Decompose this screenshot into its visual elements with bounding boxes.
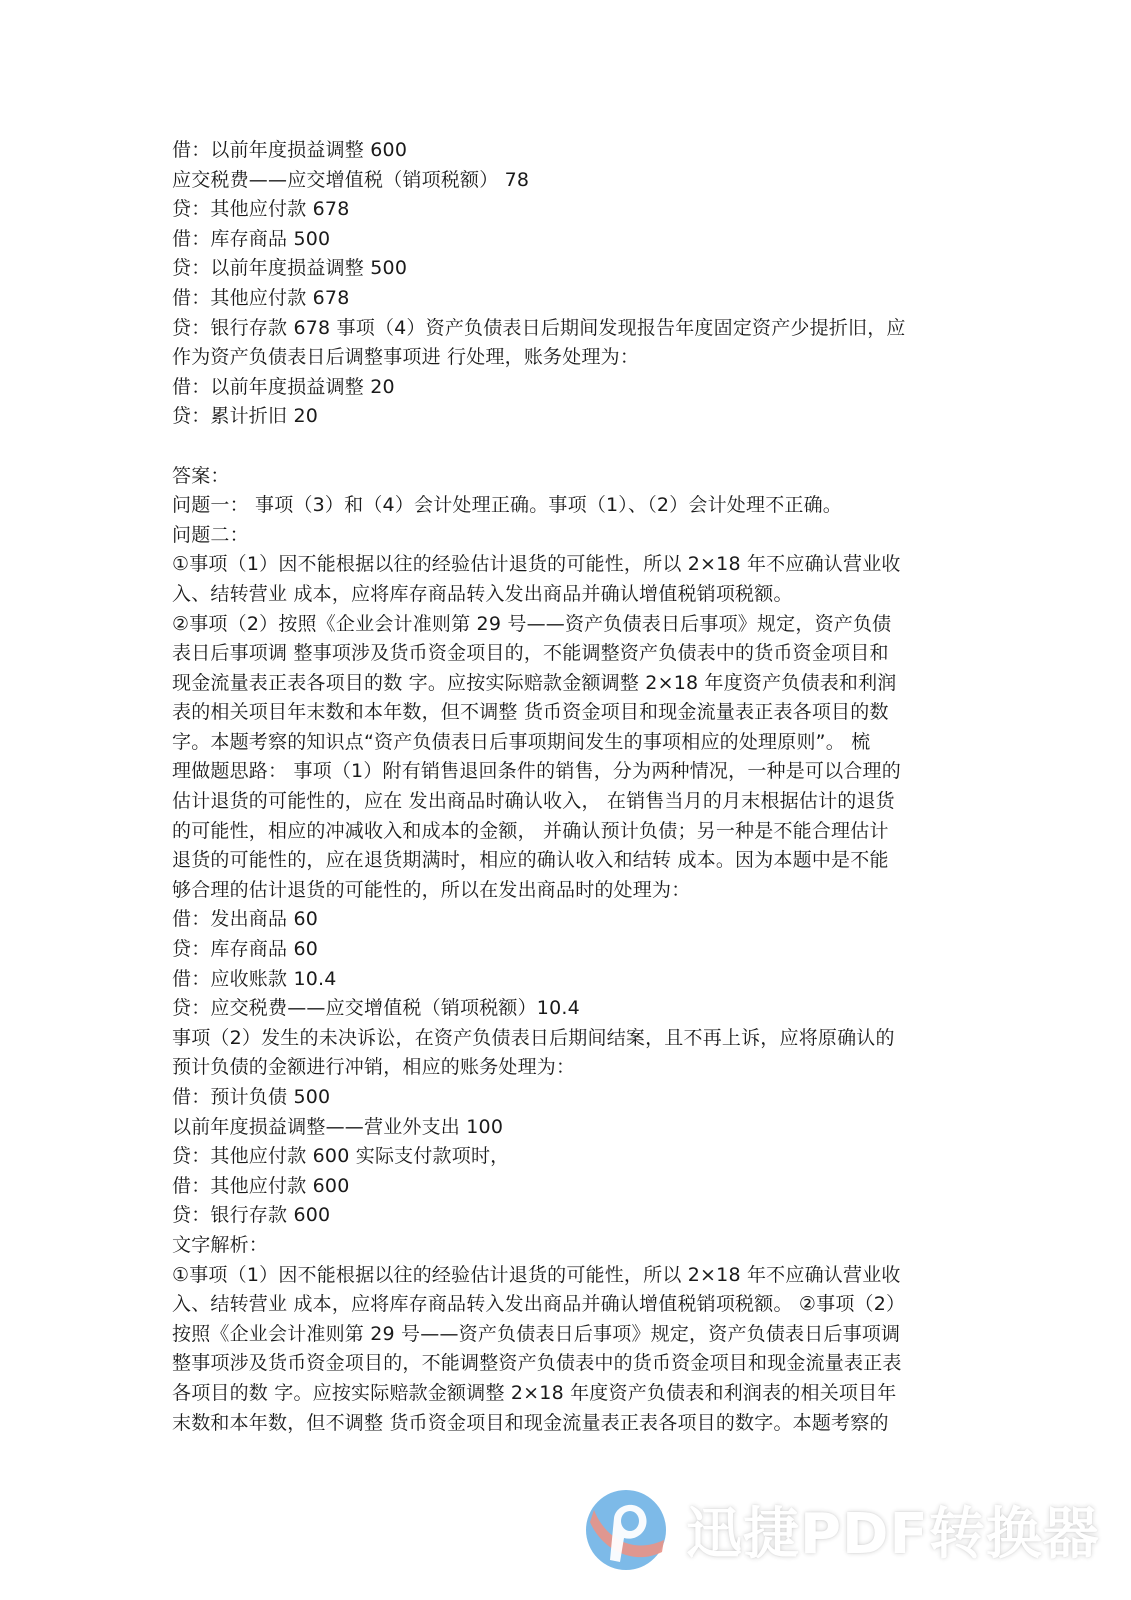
text-line: 贷：银行存款 600 — [172, 1201, 972, 1231]
question-two-heading: 问题二： — [172, 521, 972, 551]
text-line: 借：发出商品 60 — [172, 905, 972, 935]
text-line: 贷：其他应付款 678 — [172, 195, 972, 225]
text-line: 按照《企业会计准则第 29 号——资产负债表日后事项》规定，资产负债表日后事项调 — [172, 1320, 972, 1350]
text-line: 表日后事项调 整事项涉及货币资金项目的，不能调整资产负债表中的货币资金项目和 — [172, 639, 972, 669]
text-line: 入、结转营业 成本，应将库存商品转入发出商品并确认增值税销项税额。 — [172, 580, 972, 610]
text-line: 贷：以前年度损益调整 500 — [172, 254, 972, 284]
text-line: 借：库存商品 500 — [172, 225, 972, 255]
text-line: 入、结转营业 成本，应将库存商品转入发出商品并确认增值税销项税额。 ②事项（2） — [172, 1290, 972, 1320]
text-line: 现金流量表正表各项目的数 字。应按实际赔款金额调整 2×18 年度资产负债表和利… — [172, 669, 972, 699]
text-line: 借：以前年度损益调整 600 — [172, 136, 972, 166]
document-page: 借：以前年度损益调整 600 应交税费——应交增值税（销项税额） 78 贷：其他… — [172, 136, 972, 1438]
text-line: 字。本题考察的知识点“资产负债表日后事项期间发生的事项相应的处理原则”。 梳 — [172, 728, 972, 758]
text-line: 估计退货的可能性的，应在 发出商品时确认收入， 在销售当月的月末根据估计的退货 — [172, 787, 972, 817]
text-line: 表的相关项目年末数和本年数，但不调整 货币资金项目和现金流量表正表各项目的数 — [172, 698, 972, 728]
question-one-answer: 问题一： 事项（3）和（4）会计处理正确。事项（1）、（2）会计处理不正确。 — [172, 491, 972, 521]
text-line: 借：预计负债 500 — [172, 1083, 972, 1113]
text-line: 预计负债的金额进行冲销，相应的账务处理为： — [172, 1053, 972, 1083]
text-line: 事项（2）发生的未决诉讼，在资产负债表日后期间结案，且不再上诉，应将原确认的 — [172, 1024, 972, 1054]
text-line: ①事项（1）因不能根据以往的经验估计退货的可能性，所以 2×18 年不应确认营业… — [172, 550, 972, 580]
text-line: 贷：累计折旧 20 — [172, 402, 972, 432]
xunjie-pdf-logo-icon — [584, 1488, 668, 1572]
text-line: 贷：库存商品 60 — [172, 935, 972, 965]
text-line: 借：应收账款 10.4 — [172, 965, 972, 995]
blank-line — [172, 432, 972, 462]
text-line: 末数和本年数，但不调整 货币资金项目和现金流量表正表各项目的数字。本题考察的 — [172, 1409, 972, 1439]
text-line: 退货的可能性的，应在退货期满时，相应的确认收入和结转 成本。因为本题中是不能 — [172, 846, 972, 876]
text-line: 贷：银行存款 678 事项（4）资产负债表日后期间发现报告年度固定资产少提折旧，… — [172, 314, 972, 344]
text-line: 的可能性，相应的冲减收入和成本的金额， 并确认预计负债；另一种是不能合理估计 — [172, 817, 972, 847]
text-line: 以前年度损益调整——营业外支出 100 — [172, 1113, 972, 1143]
text-line: 贷：其他应付款 600 实际支付款项时， — [172, 1142, 972, 1172]
text-line: 贷：应交税费——应交增值税（销项税额）10.4 — [172, 994, 972, 1024]
text-line: 借：以前年度损益调整 20 — [172, 373, 972, 403]
text-line: 整事项涉及货币资金项目的，不能调整资产负债表中的货币资金项目和现金流量表正表 — [172, 1349, 972, 1379]
watermark-text: 迅捷PDF转换器 — [686, 1490, 1100, 1570]
answer-heading: 答案： — [172, 462, 972, 492]
text-line: ②事项（2）按照《企业会计准则第 29 号——资产负债表日后事项》规定，资产负债 — [172, 610, 972, 640]
text-line: 够合理的估计退货的可能性的，所以在发出商品时的处理为： — [172, 876, 972, 906]
text-line: 借：其他应付款 600 — [172, 1172, 972, 1202]
text-line: 借：其他应付款 678 — [172, 284, 972, 314]
text-line: 各项目的数 字。应按实际赔款金额调整 2×18 年度资产负债表和利润表的相关项目… — [172, 1379, 972, 1409]
text-line: 作为资产负债表日后调整事项进 行处理，账务处理为： — [172, 343, 972, 373]
text-line: 理做题思路： 事项（1）附有销售退回条件的销售，分为两种情况，一种是可以合理的 — [172, 757, 972, 787]
text-line: ①事项（1）因不能根据以往的经验估计退货的可能性，所以 2×18 年不应确认营业… — [172, 1261, 972, 1291]
text-analysis-heading: 文字解析： — [172, 1231, 972, 1261]
text-line: 应交税费——应交增值税（销项税额） 78 — [172, 166, 972, 196]
watermark: 迅捷PDF转换器 — [584, 1488, 1100, 1572]
